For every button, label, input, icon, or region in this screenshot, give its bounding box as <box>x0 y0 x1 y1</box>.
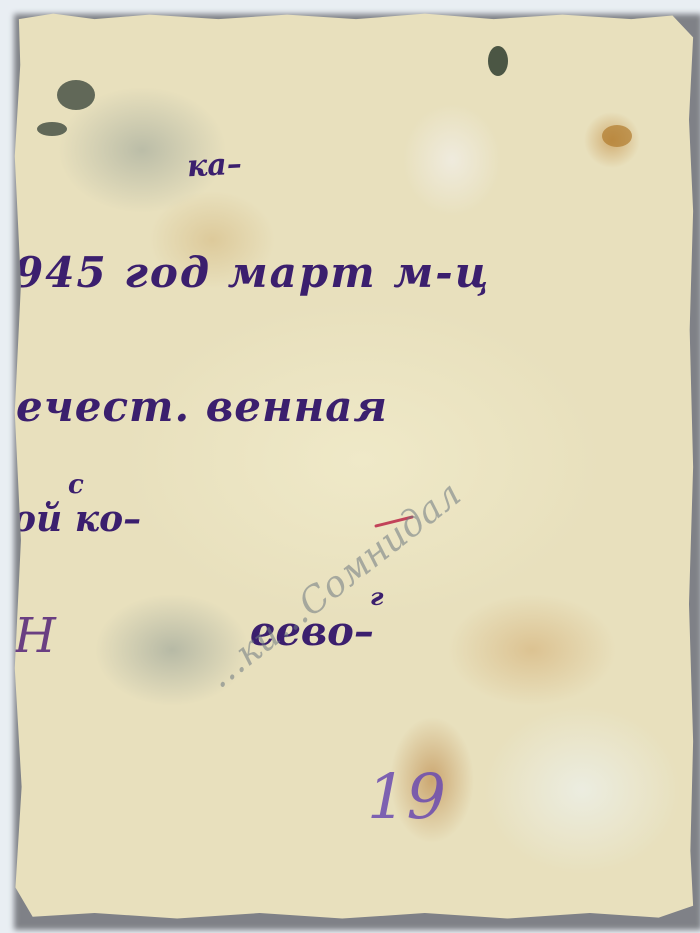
rust-spot <box>602 125 632 147</box>
mold-spot <box>57 80 95 110</box>
mold-spot <box>488 46 508 76</box>
handwriting-line-1: ка– <box>186 147 243 185</box>
pencil-inscription: …ки…Сомнидал <box>199 474 468 697</box>
handwriting-line-5-superscript: г <box>370 582 384 611</box>
handwriting-line-4: ой ко– <box>12 498 141 540</box>
mold-spot <box>37 122 67 136</box>
handwriting-line-2: 945 год март м-ц <box>14 248 490 297</box>
handwriting-line-5-prefix: Н <box>14 608 56 664</box>
photo-back: ка– 945 год март м-ц ечест. венная с ой … <box>12 10 700 924</box>
handwriting-bottom: 19 <box>367 760 446 833</box>
handwriting-line-4-superscript: с <box>68 470 84 500</box>
handwriting-line-3: ечест. венная <box>16 382 388 431</box>
